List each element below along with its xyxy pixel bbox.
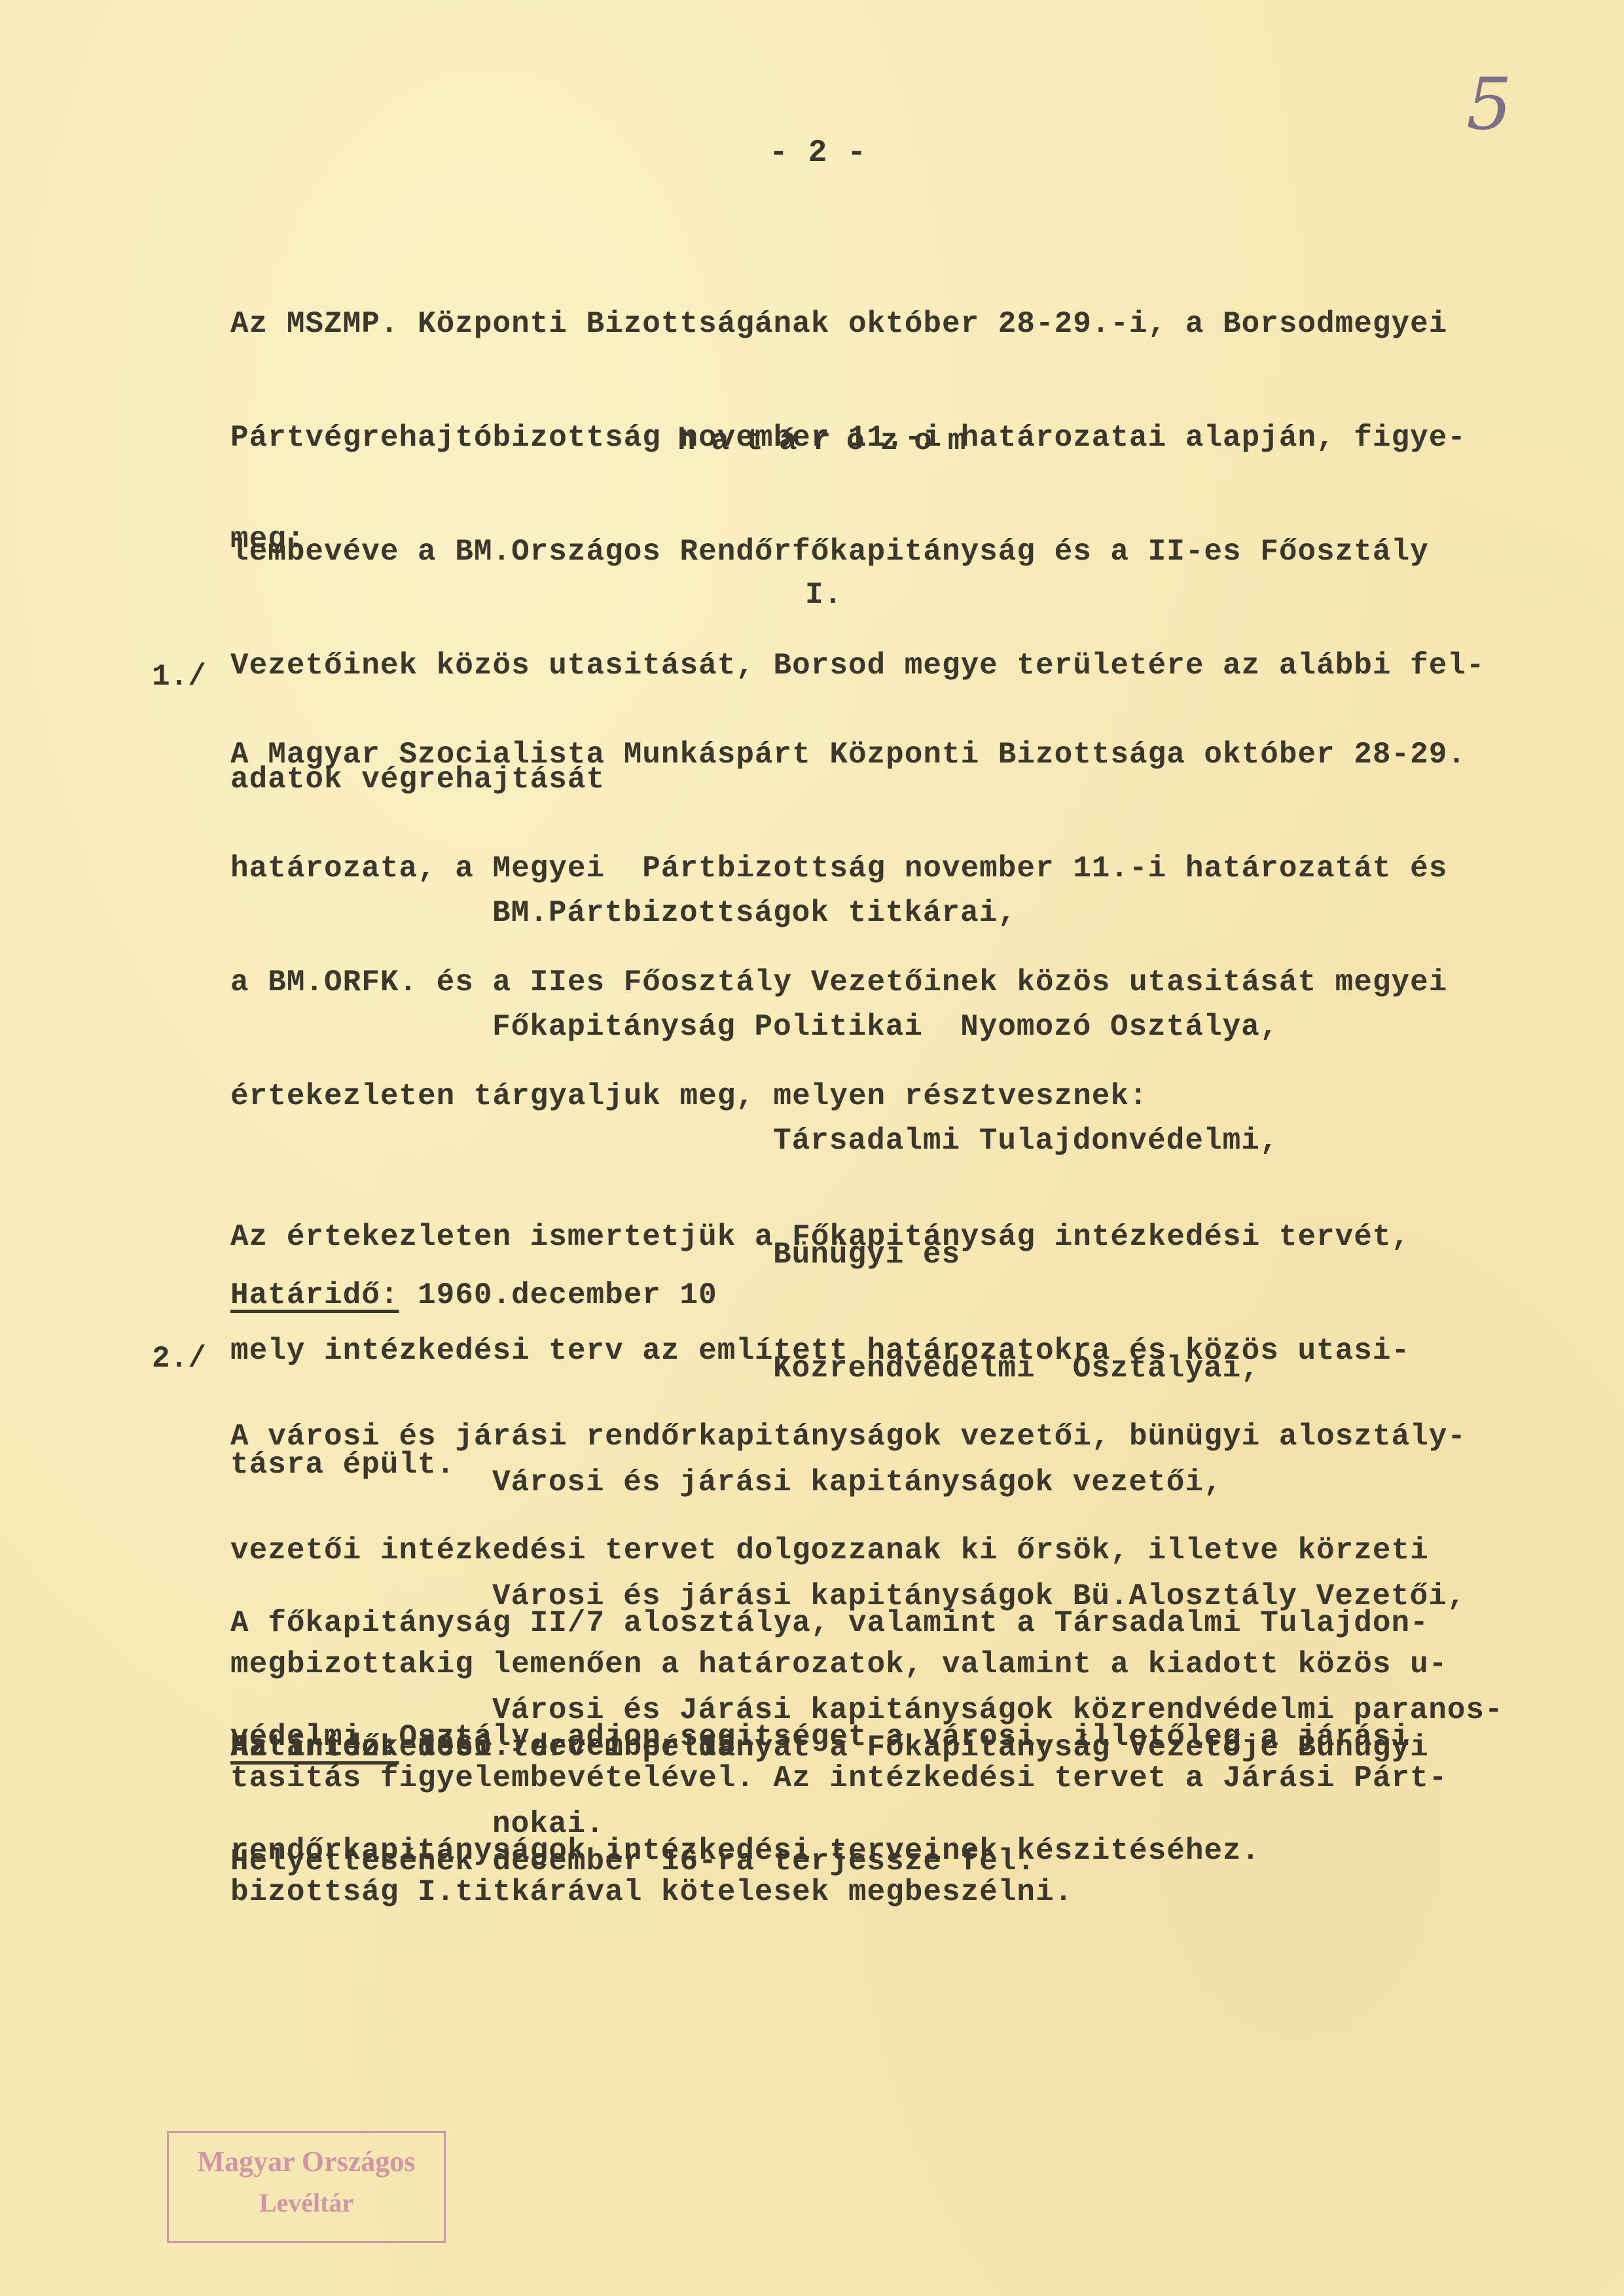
text-line: A Magyar Szocialista Munkáspárt Központi… [230, 736, 1466, 774]
text-line: Az MSZMP. Központi Bizottságának október… [230, 305, 1485, 343]
attendee: BM.Pártbizottságok titkárai, [492, 894, 1504, 932]
item-2-paragraph-3: Az intézkedési terv 1 példányát a Főkapi… [230, 1653, 1429, 1918]
item-number: 2./ [152, 1342, 206, 1376]
text-line: A főkapitányság II/7 alosztálya, valamin… [230, 1604, 1429, 1642]
deadline-label: Határidő: [230, 1278, 399, 1312]
decree-word: határozom [677, 422, 981, 460]
item-1-deadline: Határidő: 1960.december 10 [230, 1276, 717, 1314]
text-line: lembevéve a BM.Országos Rendőrfőkapitány… [230, 533, 1485, 571]
archive-stamp: Magyar Országos Levéltár [167, 2131, 446, 2243]
stamp-line: Magyar Országos [169, 2145, 444, 2178]
deadline-label: Határidő: [230, 1730, 399, 1764]
section-heading: I. [805, 576, 842, 614]
handwritten-folio-number: 5 [1466, 62, 1512, 146]
stamp-line: Levéltár [169, 2187, 444, 2218]
item-number: 1./ [152, 660, 206, 694]
decree-suffix: meg: [230, 520, 305, 558]
attendee: Főkapitányság Politikai Nyomozó Osztálya… [492, 1008, 1504, 1046]
page-number: - 2 - [769, 134, 867, 172]
item-2-deadline: Határidő: 1960. december 15 [230, 1728, 736, 1766]
text-line: Az értekezleten ismertetjük a Főkapitány… [230, 1218, 1410, 1256]
deadline-value: 1960.december 10 [399, 1278, 717, 1312]
deadline-value: 1960. december 15 [399, 1730, 736, 1764]
text-line: A városi és járási rendőrkapitányságok v… [230, 1418, 1466, 1456]
text-line: Helyettesének december 16-ra terjessze f… [230, 1842, 1429, 1880]
